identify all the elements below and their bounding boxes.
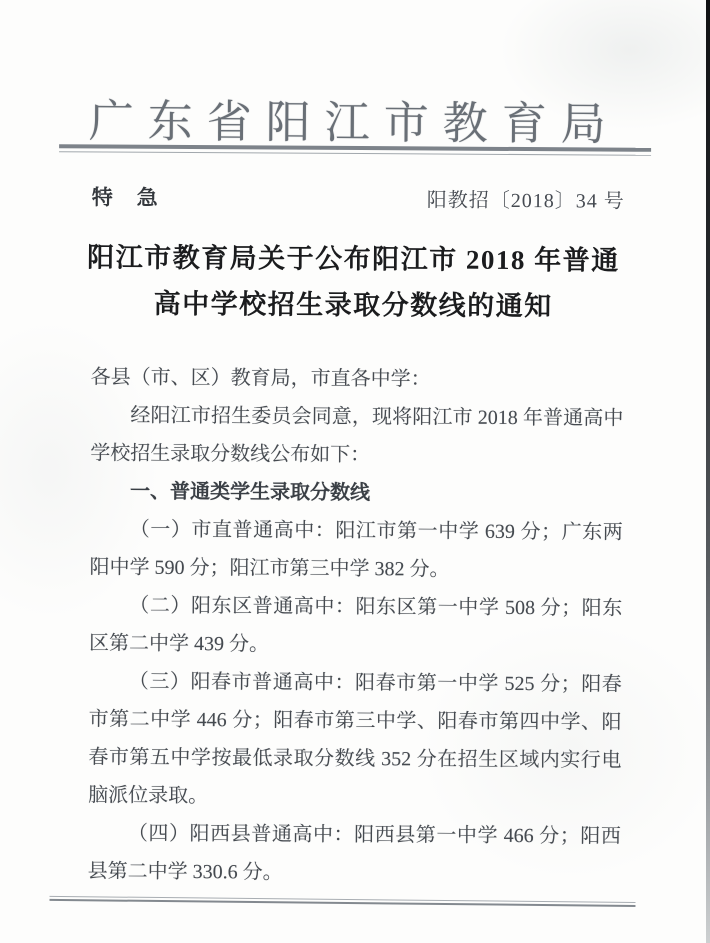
scanned-official-document: 广东省阳江市教育局 特 急 阳教招〔2018〕34 号 阳江市教育局关于公布阳江… [0,0,710,943]
footer-divider [49,896,635,907]
scan-page-edge [706,0,710,943]
document-title-line2: 高中学校招生录取分数线的通知 [38,280,668,330]
document-title-line1: 阳江市教育局关于公布阳江市 2018 年普通 [38,234,668,284]
letterhead-agency-name: 广东省阳江市教育局 [0,84,709,153]
clause-paragraph: （二）阳东区普通高中：阳东区第一中学 508 分；阳东区第二中学 439 分。 [89,586,622,665]
intro-paragraph: 经阳江市招生委员会同意，现将阳江市 2018 年普通高中学校招生录取分数线公布如… [90,396,623,475]
section-heading: 一、普通类学生录取分数线 [90,472,623,513]
document-body: 各县（市、区）教育局，市直各中学： 经阳江市招生委员会同意，现将阳江市 2018… [88,358,624,893]
divider-thick-line [49,899,635,907]
divider-thin-line [59,151,651,156]
salutation: 各县（市、区）教育局，市直各中学： [91,358,624,399]
document-content: 广东省阳江市教育局 特 急 阳教招〔2018〕34 号 阳江市教育局关于公布阳江… [0,0,710,943]
document-meta-row: 特 急 阳教招〔2018〕34 号 [92,181,625,214]
clause-paragraph: （一）市直普通高中：阳江市第一中学 639 分；广东两阳中学 590 分；阳江市… [89,510,622,589]
document-title: 阳江市教育局关于公布阳江市 2018 年普通 高中学校招生录取分数线的通知 [38,234,669,330]
document-number: 阳教招〔2018〕34 号 [427,183,625,213]
urgency-label: 特 急 [92,181,167,211]
clause-paragraph: （三）阳春市普通高中：阳春市第一中学 525 分；阳春市第二中学 446 分；阳… [88,662,622,817]
clause-paragraph: （四）阳西县普通高中：阳西县第一中学 466 分；阳西县第二中学 330.6 分… [88,814,621,893]
